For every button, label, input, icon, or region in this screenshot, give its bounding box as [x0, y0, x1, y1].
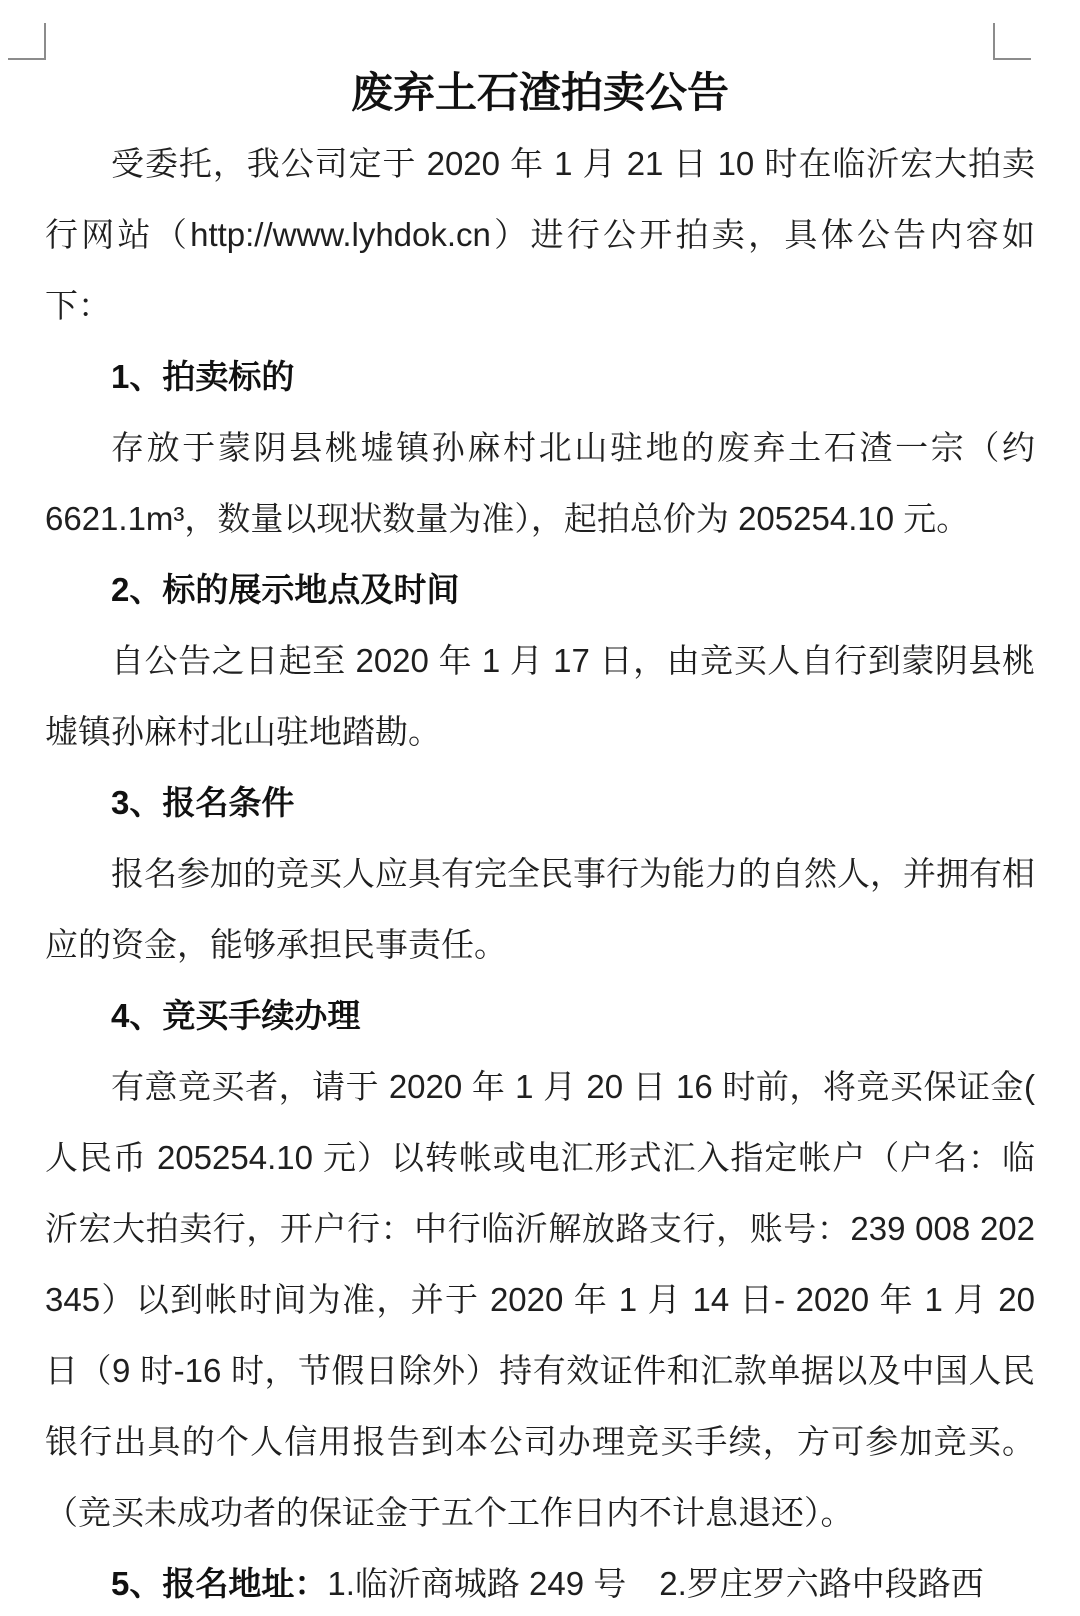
section-1-heading: 1、拍卖标的 — [45, 341, 1035, 412]
auction-announcement: 废弃土石渣拍卖公告 受委托，我公司定于 2020 年 1 月 21 日 10 时… — [45, 0, 1035, 1616]
section-3-body: 报名参加的竞买人应具有完全民事行为能力的自然人，并拥有相应的资金，能够承担民事责… — [45, 838, 1035, 980]
page-title: 废弃土石渣拍卖公告 — [45, 57, 1035, 128]
section-5-addresses: 1.临沂商城路 249 号 2.罗庄罗六路中段路西 — [327, 1565, 983, 1602]
section-4-body: 有意竞买者，请于 2020 年 1 月 20 日 16 时前，将竞买保证金( 人… — [45, 1051, 1035, 1548]
section-5-heading: 5、报名地址： — [111, 1565, 327, 1602]
section-5-line: 5、报名地址：1.临沂商城路 249 号 2.罗庄罗六路中段路西 — [45, 1548, 1035, 1616]
section-3-heading: 3、报名条件 — [45, 767, 1035, 838]
document-page: 废弃土石渣拍卖公告 受委托，我公司定于 2020 年 1 月 21 日 10 时… — [0, 0, 1080, 1616]
section-2-body: 自公告之日起至 2020 年 1 月 17 日，由竞买人自行到蒙阴县桃墟镇孙麻村… — [45, 625, 1035, 767]
section-1-body: 存放于蒙阴县桃墟镇孙麻村北山驻地的废弃土石渣一宗（约 6621.1m³，数量以现… — [45, 412, 1035, 554]
section-4-heading: 4、竞买手续办理 — [45, 980, 1035, 1051]
corner-crop-mark-top-left — [8, 23, 46, 60]
section-2-heading: 2、标的展示地点及时间 — [45, 554, 1035, 625]
intro-paragraph: 受委托，我公司定于 2020 年 1 月 21 日 10 时在临沂宏大拍卖行网站… — [45, 128, 1035, 341]
